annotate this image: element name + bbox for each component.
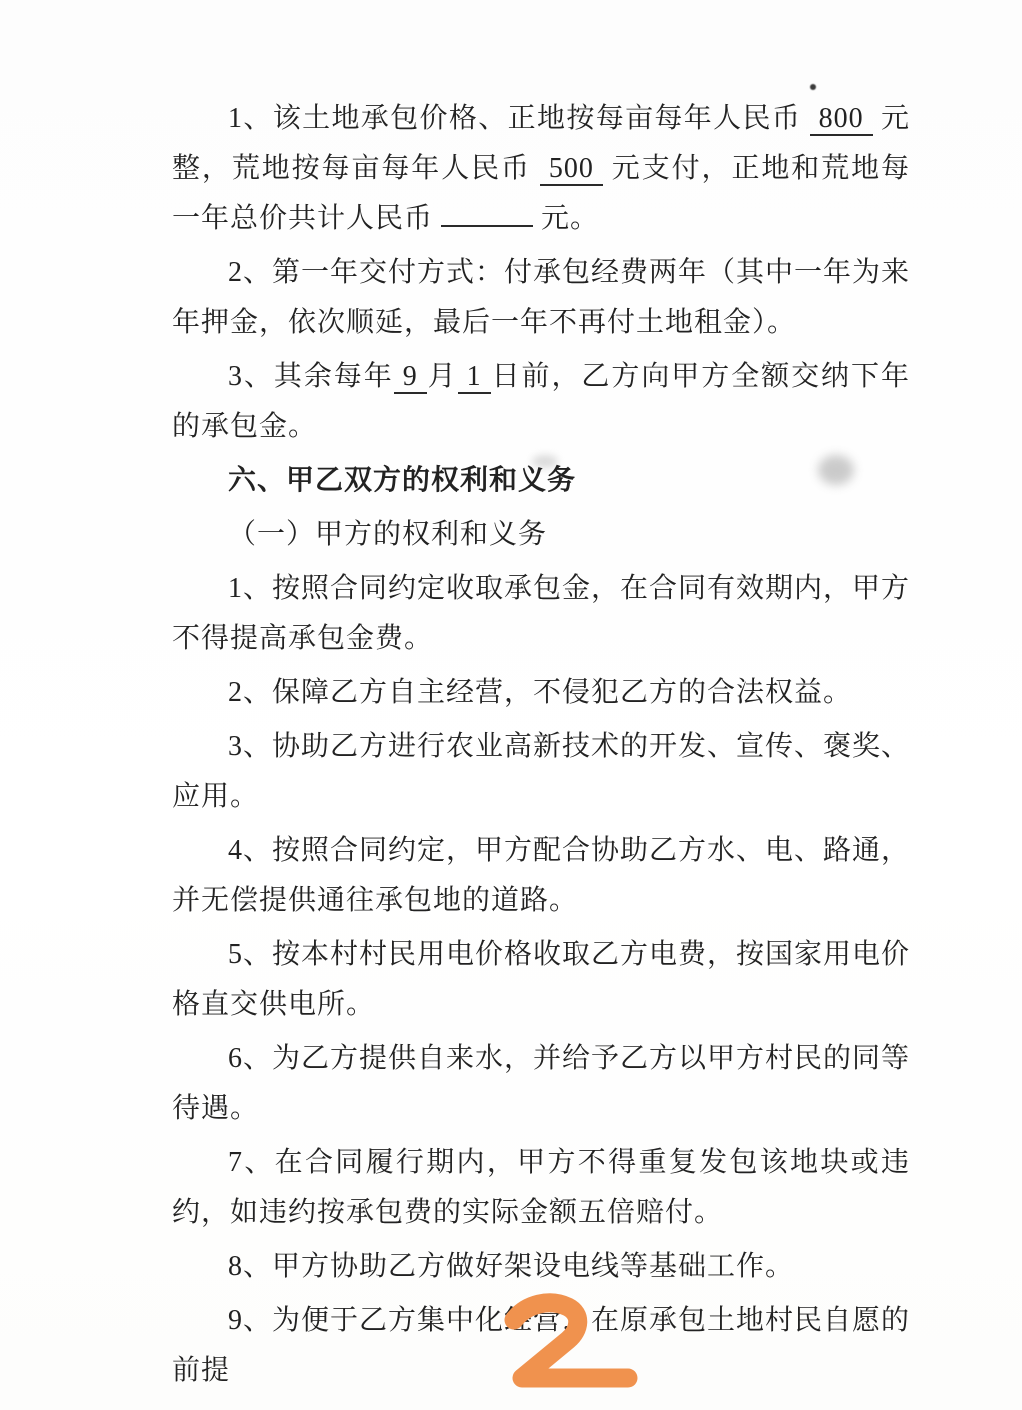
page-number-2-drawing [498,1288,648,1406]
handwritten-page-number: 2 [498,1288,648,1406]
price-waste-land-value: 500 [540,153,603,186]
party-a-item-5: 5、按本村村民用电价格收取乙方电费，按国家用电价格直交供电所。 [172,930,910,1030]
clause-price: 1、该土地承包价格、正地按每亩每年人民币 800 元整，荒地按每亩每年人民币 5… [172,94,910,244]
party-a-item-1: 1、按照合同约定收取承包金，在合同有效期内，甲方不得提高承包金费。 [172,564,910,664]
section-heading-rights-obligations: 六、甲乙双方的权利和义务 [172,456,910,506]
price-normal-land-value: 800 [810,103,873,136]
scanned-contract-page: 1、该土地承包价格、正地按每亩每年人民币 800 元整，荒地按每亩每年人民币 5… [0,0,1022,1410]
total-amount-blank-field [441,195,533,227]
payment-month-value: 9 [394,361,427,394]
payment-day-value: 1 [458,361,491,394]
party-a-item-3: 3、协助乙方进行农业高新技术的开发、宣传、褒奖、应用。 [172,722,910,822]
party-a-item-8: 8、甲方协助乙方做好架设电线等基础工作。 [172,1242,910,1292]
clause-annual-text-2: 月 [427,361,458,392]
party-a-item-2: 2、保障乙方自主经营，不侵犯乙方的合法权益。 [172,668,910,718]
clause-first-year-payment: 2、第一年交付方式：付承包经费两年（其中一年为来年押金，依次顺延，最后一年不再付… [172,248,910,348]
party-a-item-7: 7、在合同履行期内，甲方不得重复发包该地块或违约，如违约按承包费的实际金额五倍赔… [172,1138,910,1238]
contract-body: 1、该土地承包价格、正地按每亩每年人民币 800 元整，荒地按每亩每年人民币 5… [172,90,910,1396]
clause-annual-text-1: 3、其余每年 [228,361,394,392]
clause-price-text-4: 元。 [541,203,599,234]
clause-price-text-1: 1、该土地承包价格、正地按每亩每年人民币 [228,103,801,134]
clause-annual-payment: 3、其余每年9月1日前，乙方向甲方全额交纳下年的承包金。 [172,352,910,452]
party-a-item-4: 4、按照合同约定，甲方配合协助乙方水、电、路通，并无偿提供通往承包地的道路。 [172,826,910,926]
party-a-item-6: 6、为乙方提供自来水，并给予乙方以甲方村民的同等待遇。 [172,1034,910,1134]
subsection-heading-party-a: （一）甲方的权利和义务 [172,510,910,560]
